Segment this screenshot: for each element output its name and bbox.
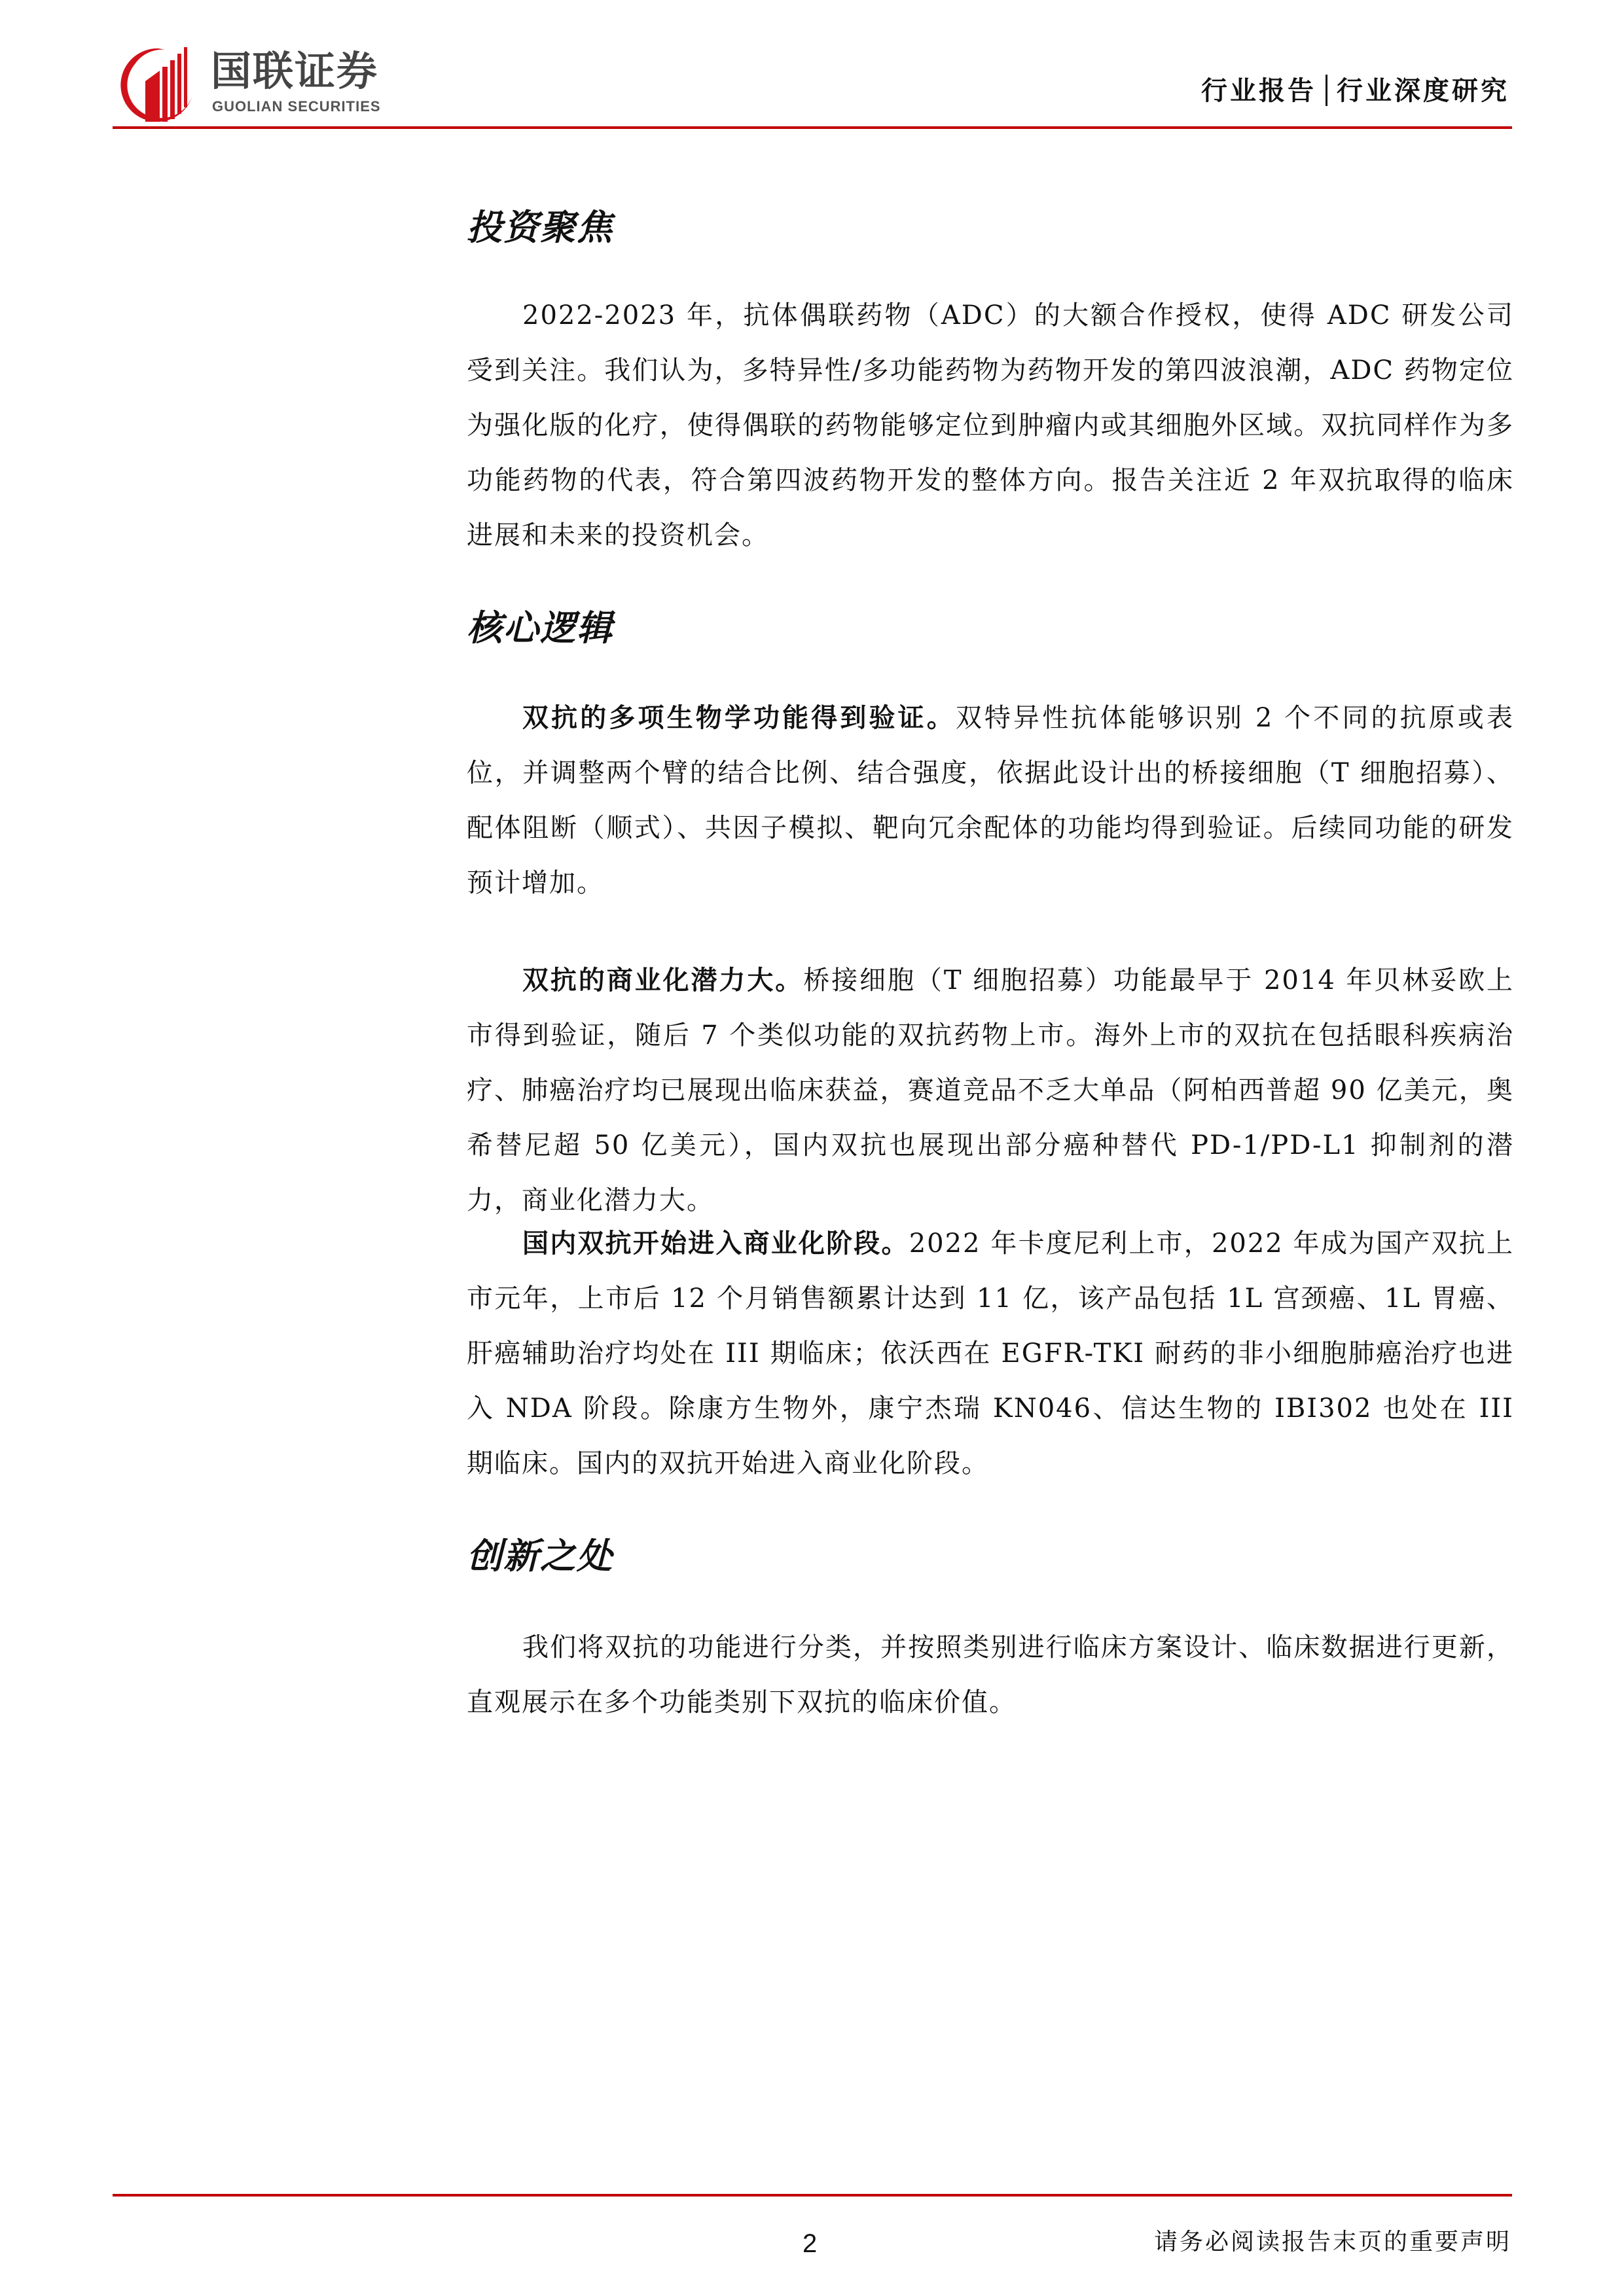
logo-english-name: GUOLIAN SECURITIES bbox=[212, 99, 381, 114]
report-type: 行业报告 bbox=[1201, 75, 1316, 106]
section-title-innovation: 创新之处 bbox=[467, 1538, 1514, 1573]
page-number: 2 bbox=[803, 2231, 817, 2257]
report-subtype: 行业深度研究 bbox=[1337, 75, 1509, 106]
paragraph-text: 2022-2023 年，抗体偶联药物（ADC）的大额合作授权，使得 ADC 研发… bbox=[467, 300, 1514, 550]
report-category: 行业报告行业深度研究 bbox=[1201, 77, 1509, 109]
paragraph: 双抗的多项生物学功能得到验证。双特异性抗体能够识别 2 个不同的抗原或表位，并调… bbox=[467, 691, 1514, 910]
paragraph-text: 桥接细胞（T 细胞招募）功能最早于 2014 年贝林妥欧上市得到验证，随后 7 … bbox=[467, 965, 1514, 1215]
section-title-investment-focus: 投资聚焦 bbox=[467, 209, 1514, 245]
header-divider bbox=[113, 126, 1512, 129]
header-separator bbox=[1326, 75, 1327, 106]
paragraph: 2022-2023 年，抗体偶联药物（ADC）的大额合作授权，使得 ADC 研发… bbox=[467, 288, 1514, 563]
paragraph: 我们将双抗的功能进行分类，并按照类别进行临床方案设计、临床数据进行更新，直观展示… bbox=[467, 1620, 1514, 1730]
paragraph: 国内双抗开始进入商业化阶段。2022 年卡度尼利上市，2022 年成为国产双抗上… bbox=[467, 1216, 1514, 1491]
guolian-logo-icon bbox=[119, 45, 198, 124]
logo-chinese-name: 国联证券 bbox=[211, 51, 378, 92]
section-title-core-logic: 核心逻辑 bbox=[467, 610, 1514, 645]
paragraph: 双抗的商业化潜力大。桥接细胞（T 细胞招募）功能最早于 2014 年贝林妥欧上市… bbox=[467, 953, 1514, 1228]
paragraph-lead: 双抗的商业化潜力大。 bbox=[522, 965, 803, 996]
company-logo: 国联证券 GUOLIAN SECURITIES bbox=[113, 39, 427, 124]
paragraph-lead: 国内双抗开始进入商业化阶段。 bbox=[522, 1228, 909, 1259]
paragraph-lead: 双抗的多项生物学功能得到验证。 bbox=[522, 702, 956, 733]
paragraph-text: 我们将双抗的功能进行分类，并按照类别进行临床方案设计、临床数据进行更新，直观展示… bbox=[467, 1632, 1514, 1717]
footer-divider bbox=[113, 2194, 1512, 2197]
disclaimer-note: 请务必阅读报告末页的重要声明 bbox=[1154, 2231, 1511, 2254]
paragraph-text: 2022 年卡度尼利上市，2022 年成为国产双抗上市元年，上市后 12 个月销… bbox=[467, 1229, 1514, 1479]
